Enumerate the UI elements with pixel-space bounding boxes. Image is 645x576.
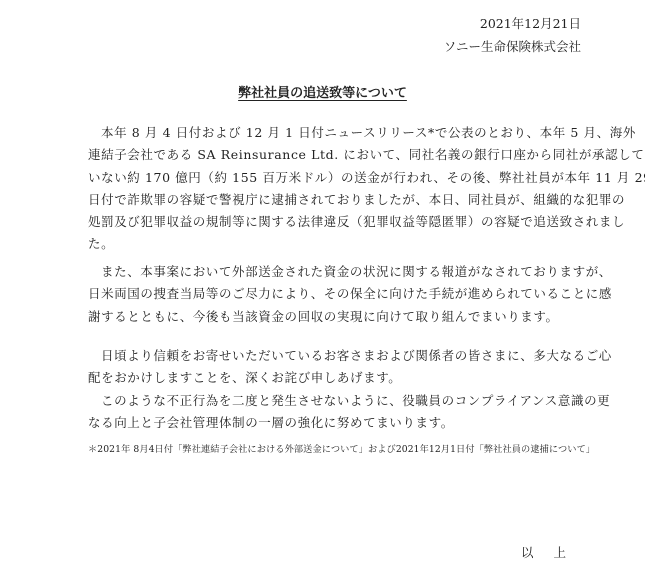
press-release-document: 2021年12月21日 ソニー生命保険株式会社 弊社社員の追送致等について 本年… (0, 0, 645, 576)
paragraph-line: 日頃より信頼をお寄せいただいているお客さまおよび関係者の皆さまに、多大なるご心 (88, 345, 588, 367)
paragraph-line: 連結子会社である SA Reinsurance Ltd. において、同社名義の銀… (88, 144, 588, 166)
footnote: ＊2021年 8月4日付「弊社連結子会社における外部送金について」および2021… (88, 441, 595, 455)
release-date: 2021年12月21日 (480, 14, 581, 32)
paragraph-line: 日米両国の捜査当局等のご尽力により、その保全に向けた手続が進められていることに感 (88, 283, 588, 305)
paragraph-line: 日付で詐欺罪の容疑で警視庁に逮捕されておりましたが、本日、同社員が、組織的な犯罪… (88, 189, 588, 211)
closing-mark: 以 上 (521, 543, 574, 561)
paragraph-line: 本年 8 月 4 日付および 12 月 1 日付ニュースリリース*で公表のとおり… (88, 122, 588, 144)
document-title-text: 弊社社員の追送致等について (238, 86, 407, 101)
paragraph-line: 配をおかけしますことを、深くお詫び申しあげます。 (88, 367, 588, 389)
paragraph-line: た。 (88, 233, 588, 255)
paragraph-line: このような不正行為を二度と発生させないように、役職員のコンプライアンス意識の更 (88, 390, 588, 412)
paragraph-3: 日頃より信頼をお寄せいただいているお客さまおよび関係者の皆さまに、多大なるご心 … (88, 345, 588, 434)
document-title: 弊社社員の追送致等について (0, 82, 645, 101)
paragraph-line: いない約 170 億円（約 155 百万米ドル）の送金が行われ、その後、弊社社員… (88, 167, 588, 189)
paragraph-1: 本年 8 月 4 日付および 12 月 1 日付ニュースリリース*で公表のとおり… (88, 122, 588, 256)
paragraph-line: また、本事案において外部送金された資金の状況に関する報道がなされておりますが、 (88, 261, 588, 283)
paragraph-line: 処罰及び犯罪収益の規制等に関する法律違反（犯罪収益等隠匿罪）の容疑で追送致されま… (88, 211, 588, 233)
paragraph-2: また、本事案において外部送金された資金の状況に関する報道がなされておりますが、 … (88, 261, 588, 328)
company-name: ソニー生命保険株式会社 (444, 37, 581, 55)
paragraph-line: 謝するとともに、今後も当該資金の回収の実現に向けて取り組んでまいります。 (88, 306, 588, 328)
paragraph-line: なる向上と子会社管理体制の一層の強化に努めてまいります。 (88, 412, 588, 434)
